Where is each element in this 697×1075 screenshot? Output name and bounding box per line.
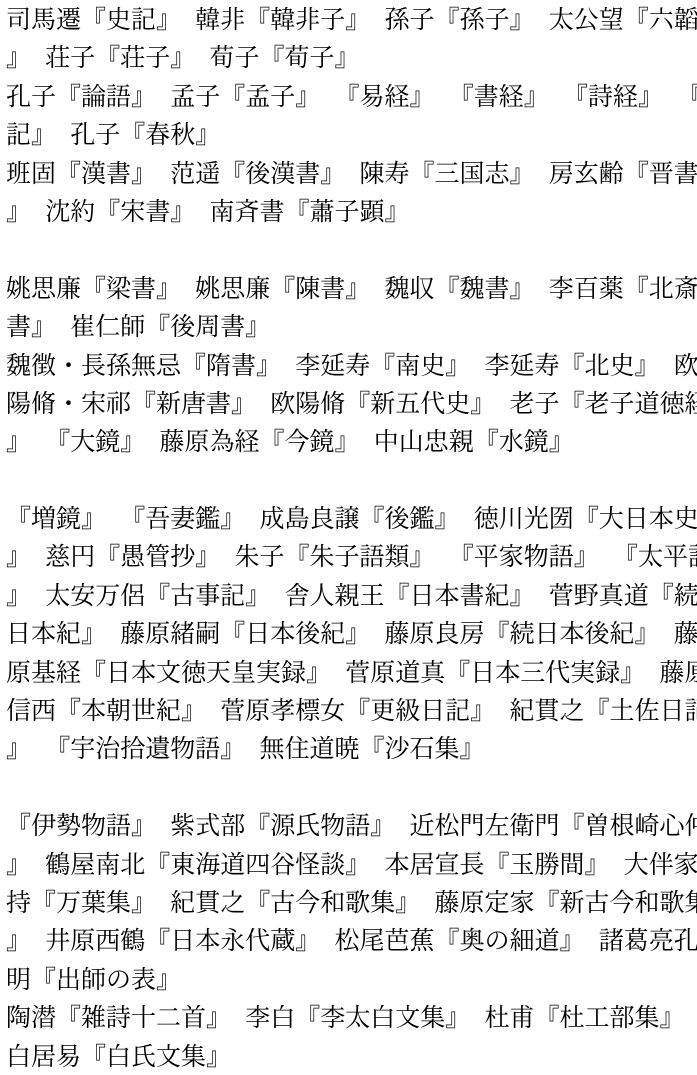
text-line: 司馬遷『史記』 韓非『韓非子』 孫子『孫子』 太公望『六韜: [6, 2, 697, 40]
text-line: 』 慈円『愚管抄』 朱子『朱子語類』 『平家物語』 『太平記: [6, 539, 697, 577]
text-line: 』 『大鏡』 藤原為経『今鏡』 中山忠親『水鏡』: [6, 424, 697, 462]
text-line: 』 鶴屋南北『東海道四谷怪談』 本居宣長『玉勝間』 大伴家: [6, 847, 697, 885]
blank-line: [6, 232, 697, 270]
text-line: 白居易『白氏文集』: [6, 1039, 697, 1075]
text-line: 陶潜『雑詩十二首』 李白『李太白文集』 杜甫『杜工部集』: [6, 1000, 697, 1038]
text-line: 』 荘子『荘子』 荀子『荀子』: [6, 40, 697, 78]
text-line: 『増鏡』 『吾妻鑑』 成島良譲『後鑑』 徳川光圀『大日本史: [6, 501, 697, 539]
text-line: 』 『宇治拾遺物語』 無住道暁『沙石集』: [6, 731, 697, 769]
text-line: 陽脩・宋祁『新唐書』 欧陽脩『新五代史』 老子『老子道徳経: [6, 386, 697, 424]
text-line: 班固『漢書』 范遥『後漢書』 陳寿『三国志』 房玄齢『晋書: [6, 156, 697, 194]
text-line: 信西『本朝世紀』 菅原孝標女『更級日記』 紀貫之『土佐日記: [6, 693, 697, 731]
text-line: 日本紀』 藤原緒嗣『日本後紀』 藤原良房『続日本後紀』 藤: [6, 616, 697, 654]
blank-line: [6, 770, 697, 808]
text-line: 原基経『日本文徳天皇実録』 菅原道真『日本三代実録』 藤原: [6, 655, 697, 693]
text-line: 魏徴・長孫無忌『隋書』 李延寿『南史』 李延寿『北史』 欧: [6, 348, 697, 386]
text-page: 司馬遷『史記』 韓非『韓非子』 孫子『孫子』 太公望『六韜』 荘子『荘子』 荀子…: [0, 0, 697, 1075]
text-line: 書』 崔仁師『後周書』: [6, 309, 697, 347]
text-line: 記』 孔子『春秋』: [6, 117, 697, 155]
text-line: 持『万葉集』 紀貫之『古今和歌集』 藤原定家『新古今和歌集: [6, 885, 697, 923]
text-line: 明『出師の表』: [6, 962, 697, 1000]
text-line: 孔子『論語』 孟子『孟子』 『易経』 『書経』 『詩経』 『礼: [6, 79, 697, 117]
text-line: 『伊勢物語』 紫式部『源氏物語』 近松門左衛門『曽根崎心仲: [6, 808, 697, 846]
text-line: 姚思廉『梁書』 姚思廉『陳書』 魏収『魏書』 李百薬『北斎: [6, 271, 697, 309]
text-line: 』 太安万侶『古事記』 舎人親王『日本書紀』 菅野真道『続: [6, 578, 697, 616]
text-line: 』 沈約『宋書』 南斉書『蕭子顕』: [6, 194, 697, 232]
blank-line: [6, 463, 697, 501]
text-line: 』 井原西鶴『日本永代蔵』 松尾芭蕉『奥の細道』 諸葛亮孔: [6, 923, 697, 961]
